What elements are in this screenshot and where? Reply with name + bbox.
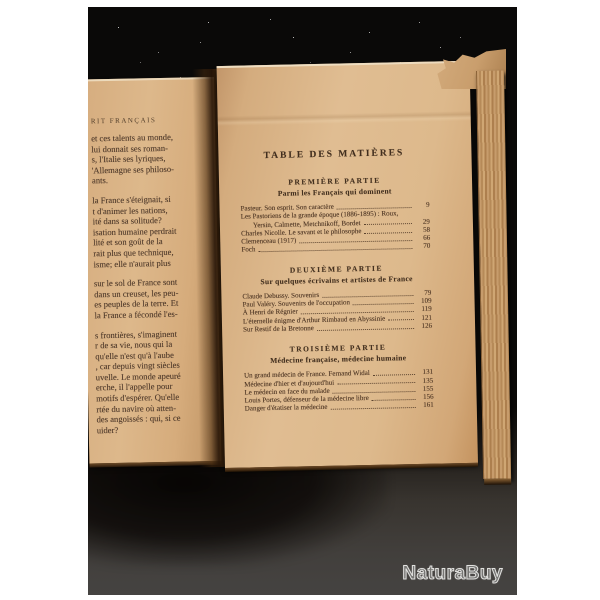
table-of-contents: TABLE DES MATIÈRES PREMIÈRE PARTIE Parmi… bbox=[239, 148, 433, 414]
left-paragraph-2: la France s'éteignait, si t d'animer les… bbox=[92, 193, 211, 269]
toc-entry-page: 126 bbox=[416, 322, 432, 331]
part2-entries: Claude Debussy. Souvenirs 79 Paul Valéry… bbox=[242, 288, 432, 333]
dot-leader bbox=[373, 374, 415, 376]
book-fore-edge bbox=[476, 71, 511, 479]
dot-leader bbox=[372, 399, 416, 401]
toc-entry-page: 9 bbox=[413, 201, 429, 210]
book-photo: RIT FRANÇAIS et ces talents au monde, lu… bbox=[88, 7, 517, 595]
dust-specks bbox=[88, 7, 89, 8]
toc-entry-label: Foch bbox=[241, 246, 255, 255]
dot-leader bbox=[388, 319, 414, 321]
naturabuy-watermark: NaturaBuy bbox=[402, 563, 503, 585]
part1-entries: Pasteur. Son esprit. Son caractère 9 Les… bbox=[240, 201, 430, 255]
running-head: RIT FRANÇAIS bbox=[91, 116, 157, 125]
scanned-photo-frame: RIT FRANÇAIS et ces talents au monde, lu… bbox=[0, 0, 600, 600]
toc-entry-label: Clemenceau (1917) bbox=[241, 237, 296, 246]
toc-entry-page: 70 bbox=[414, 242, 430, 251]
toc-entry-label: Danger d'étatiser la médecine bbox=[245, 403, 328, 413]
right-book-page: TABLE DES MATIÈRES PREMIÈRE PARTIE Parmi… bbox=[217, 61, 478, 468]
toc-entry-page: 161 bbox=[418, 401, 434, 410]
toc-entry-label: Sur Restif de la Bretonne bbox=[243, 324, 314, 334]
part3-entries: Un grand médecin de France. Fernand Wida… bbox=[244, 368, 434, 413]
left-paragraph-1: et ces talents au monde, lui donnait ses… bbox=[91, 131, 210, 186]
dot-leader bbox=[330, 407, 415, 410]
left-paragraph-3: sur le sol de France sont dans un creuse… bbox=[94, 276, 213, 321]
